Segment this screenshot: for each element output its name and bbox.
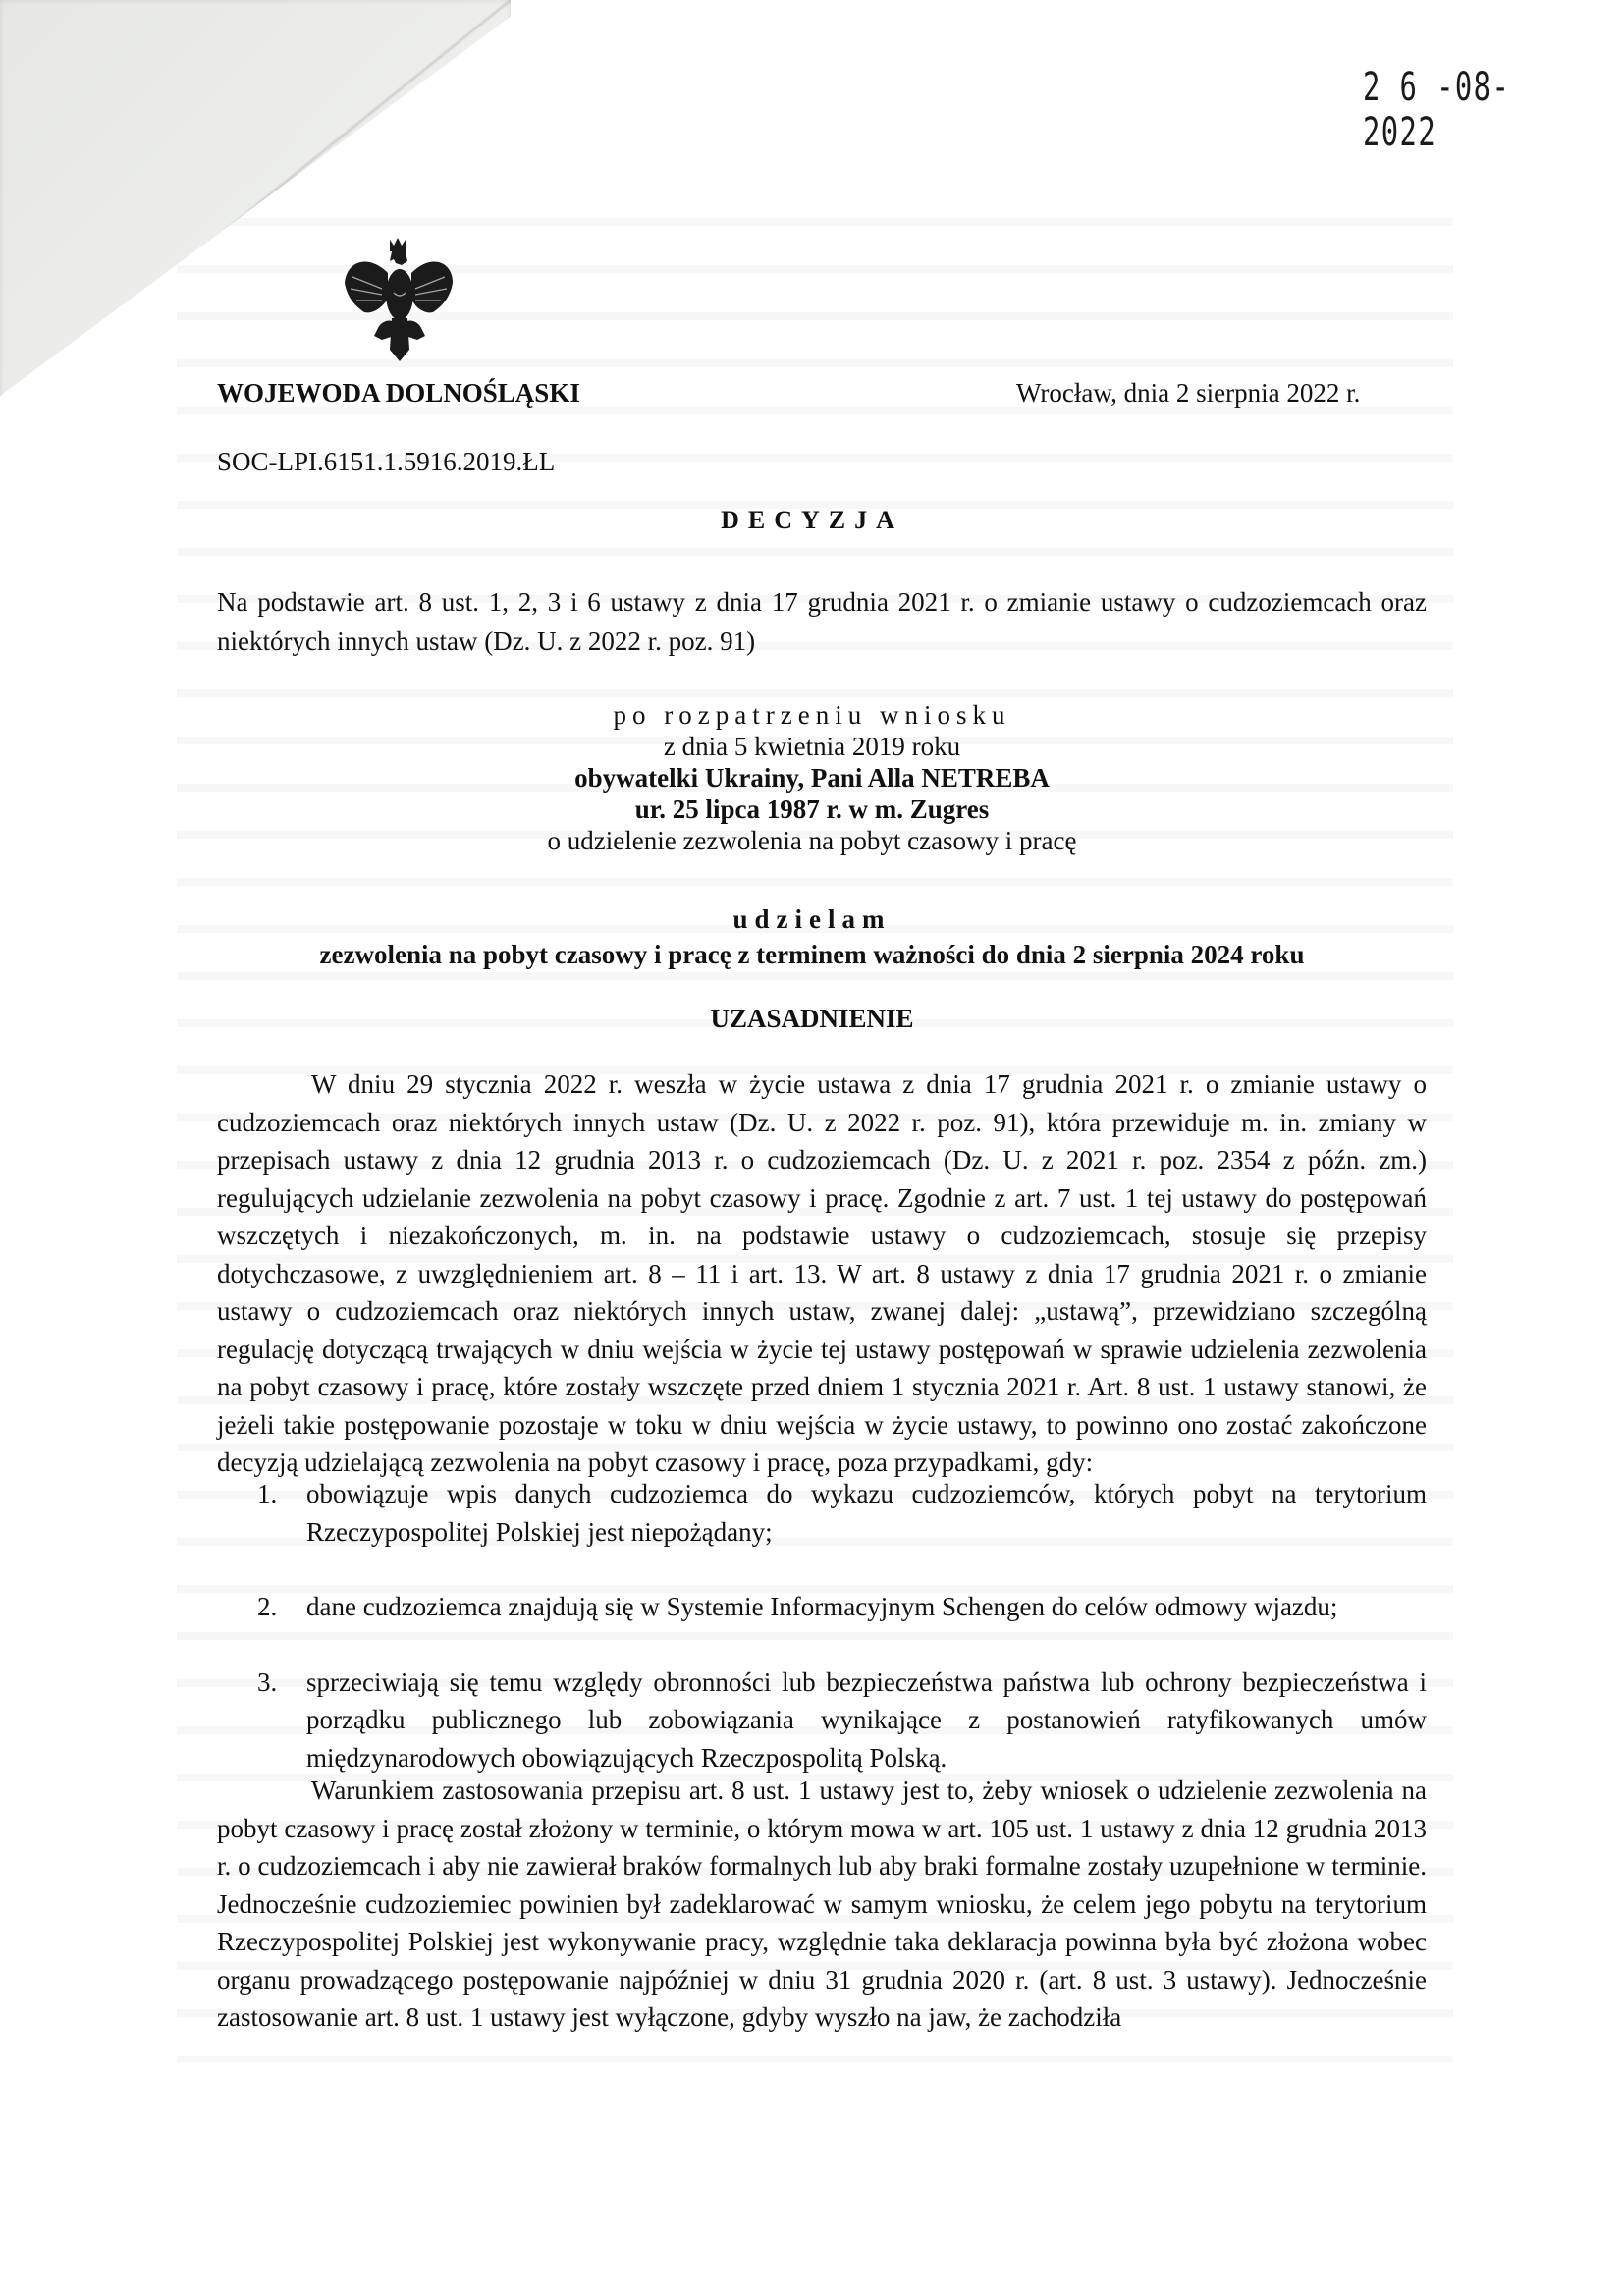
applicant-name: obywatelki Ukrainy, Pani Alla NETREBA [0, 762, 1624, 793]
received-date-stamp: 2 6 -08- 2022 [1363, 65, 1551, 155]
grant-verb: udzielam [0, 902, 1624, 937]
application-subject: o udzielenie zezwolenia na pobyt czasowy… [0, 825, 1624, 856]
list-item-number: 2. [257, 1588, 277, 1626]
decision-operative-part: udzielam zezwolenia na pobyt czasowy i p… [0, 902, 1624, 972]
list-item: 1. obowiązuje wpis danych cudzoziemca do… [257, 1475, 1427, 1551]
list-item-text: dane cudzoziemca znajdują się w Systemie… [306, 1592, 1337, 1621]
application-intro: po rozpatrzeniu wniosku [0, 699, 1624, 731]
list-item-number: 3. [257, 1664, 277, 1702]
document-title: DECYZJA [0, 506, 1624, 535]
place-and-date: Wrocław, dnia 2 sierpnia 2022 r. [1016, 378, 1360, 409]
issuing-authority: WOJEWODA DOLNOŚLĄSKI [217, 378, 580, 409]
list-item-text: obowiązuje wpis danych cudzoziemca do wy… [306, 1479, 1427, 1547]
applicant-birth-info: ur. 25 lipca 1987 r. w m. Zugres [0, 793, 1624, 825]
exceptions-list: 1. obowiązuje wpis danych cudzoziemca do… [257, 1475, 1427, 1814]
list-item: 2. dane cudzoziemca znajdują się w Syste… [257, 1588, 1427, 1626]
legal-basis-paragraph: Na podstawie art. 8 ust. 1, 2, 3 i 6 ust… [217, 582, 1427, 661]
application-date: z dnia 5 kwietnia 2019 roku [0, 731, 1624, 762]
list-item: 3. sprzeciwiają się temu względy obronno… [257, 1664, 1427, 1777]
grant-text: zezwolenia na pobyt czasowy i pracę z te… [0, 937, 1624, 972]
case-reference-number: SOC-LPI.6151.1.5916.2019.ŁL [217, 447, 555, 477]
justification-paragraph-1: W dniu 29 stycznia 2022 r. weszła w życi… [217, 1066, 1427, 1482]
list-item-text: sprzeciwiają się temu względy obronności… [306, 1667, 1427, 1773]
justification-paragraph-2: Warunkiem zastosowania przepisu art. 8 u… [217, 1772, 1427, 2037]
application-details: po rozpatrzeniu wniosku z dnia 5 kwietni… [0, 699, 1624, 856]
justification-heading: UZASADNIENIE [0, 1004, 1624, 1034]
polish-eagle-emblem-icon [339, 234, 457, 366]
list-item-number: 1. [257, 1475, 277, 1513]
